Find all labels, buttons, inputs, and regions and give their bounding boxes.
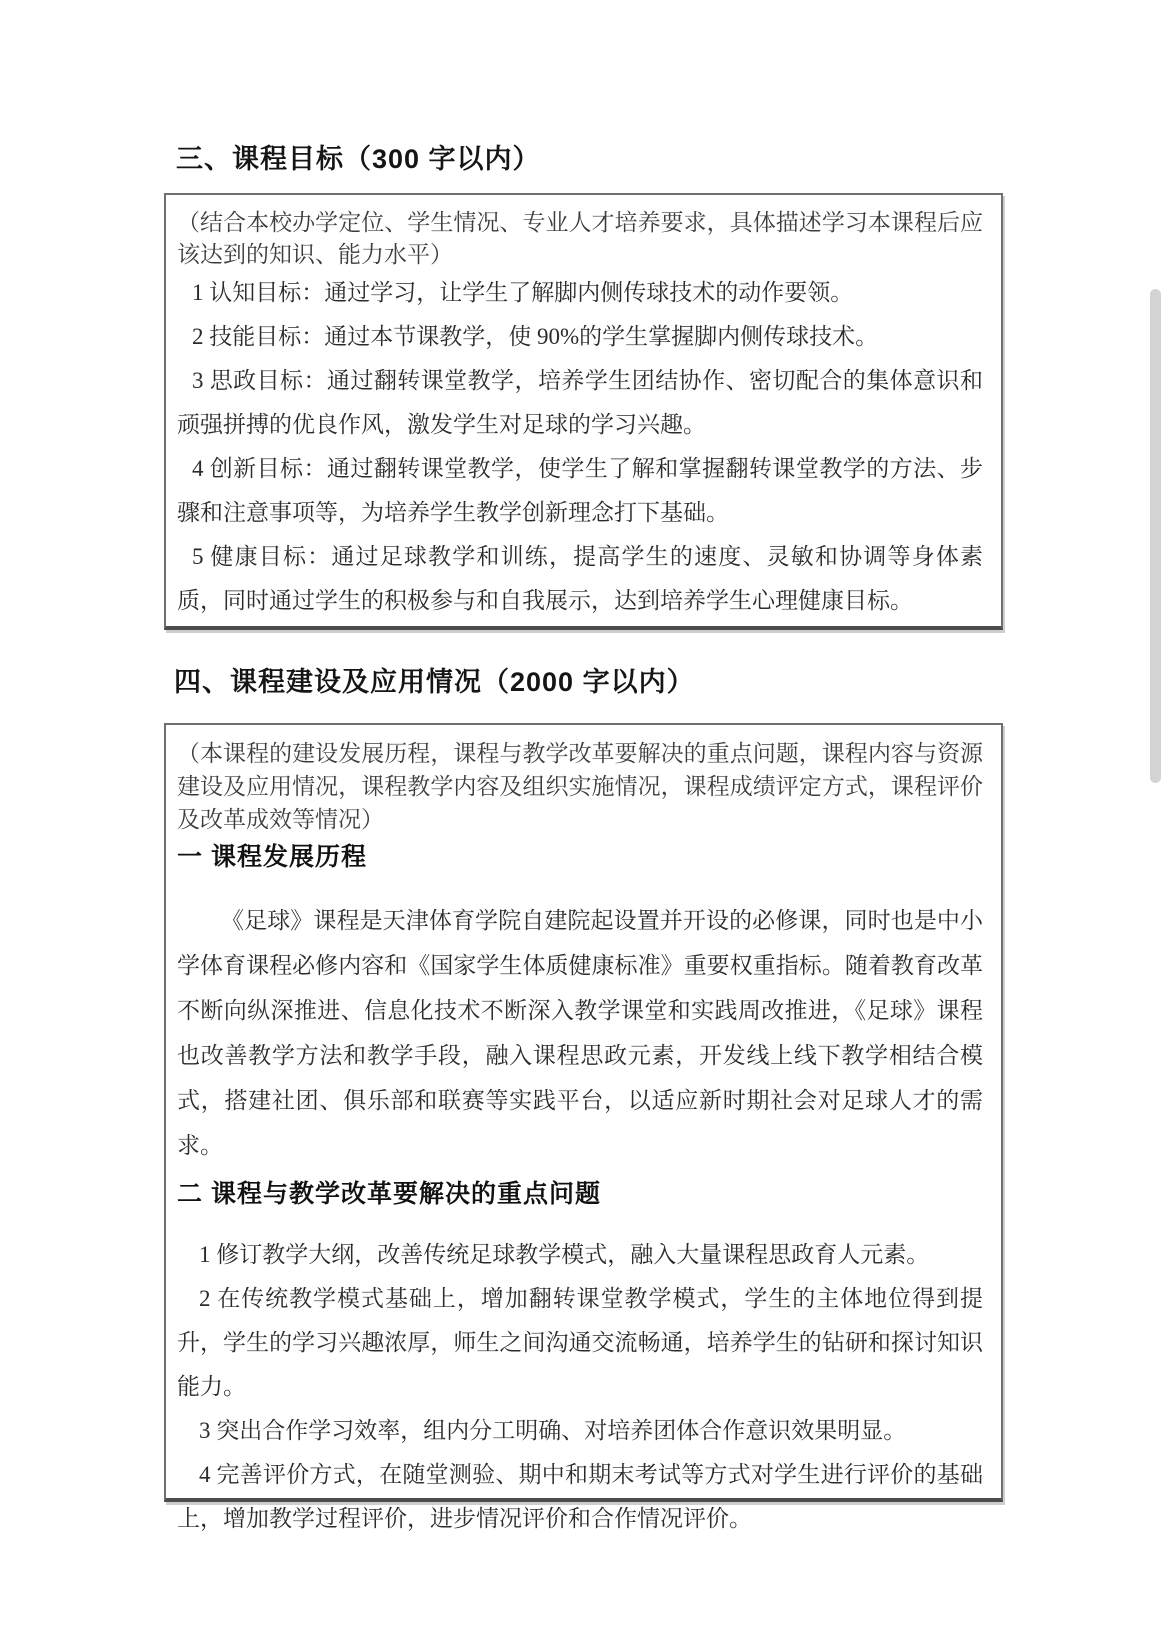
reform-item-flipped-classroom: 2 在传统教学模式基础上，增加翻转课堂教学模式，学生的主体地位得到提升，学生的学…	[177, 1277, 983, 1409]
construction-instructions-note: （本课程的建设发展历程，课程与教学改革要解决的重点问题，课程内容与资源建设及应用…	[177, 737, 983, 836]
document-page: { "colors": { "page_background": "#fffff…	[0, 0, 1163, 1631]
course-construction-box: （本课程的建设发展历程，课程与教学改革要解决的重点问题，课程内容与资源建设及应用…	[164, 723, 1003, 1502]
objectives-instructions-note: （结合本校办学定位、学生情况、专业人才培养要求，具体描述学习本课程后应该达到的知…	[177, 207, 983, 271]
reform-item-evaluation: 4 完善评价方式，在随堂测验、期中和期末考试等方式对学生进行评价的基础上，增加教…	[177, 1453, 983, 1541]
scrollbar-thumb[interactable]	[1150, 289, 1161, 783]
course-objectives-heading: 三、课程目标（300 字以内）	[176, 142, 541, 176]
reform-item-syllabus: 1 修订教学大纲，改善传统足球教学模式，融入大量课程思政育人元素。	[177, 1233, 983, 1277]
reform-problems-list: 1 修订教学大纲，改善传统足球教学模式，融入大量课程思政育人元素。 2 在传统教…	[177, 1233, 983, 1541]
objective-item-skill: 2 技能目标：通过本节课教学，使 90%的学生掌握脚内侧传球技术。	[177, 315, 983, 359]
course-construction-heading: 四、课程建设及应用情况（2000 字以内）	[174, 665, 695, 699]
reform-problems-subheading: 二 课程与教学改革要解决的重点问题	[177, 1180, 983, 1208]
objective-item-innovation: 4 创新目标：通过翻转课堂教学，使学生了解和掌握翻转课堂教学的方法、步骤和注意事…	[177, 447, 983, 535]
objective-item-ideological: 3 思政目标：通过翻转课堂教学，培养学生团结协作、密切配合的集体意识和顽强拼搏的…	[177, 359, 983, 447]
reform-item-cooperation: 3 突出合作学习效率，组内分工明确、对培养团体合作意识效果明显。	[177, 1409, 983, 1453]
objective-item-health: 5 健康目标：通过足球教学和训练，提高学生的速度、灵敏和协调等身体素质，同时通过…	[177, 535, 983, 623]
course-objectives-box: （结合本校办学定位、学生情况、专业人才培养要求，具体描述学习本课程后应该达到的知…	[164, 193, 1003, 630]
objective-item-cognitive: 1 认知目标：通过学习，让学生了解脚内侧传球技术的动作要领。	[177, 271, 983, 315]
objectives-list: 1 认知目标：通过学习，让学生了解脚内侧传球技术的动作要领。 2 技能目标：通过…	[177, 271, 983, 623]
course-history-subheading: 一 课程发展历程	[177, 843, 983, 871]
course-history-paragraph: 《足球》课程是天津体育学院自建院起设置并开设的必修课，同时也是中小学体育课程必修…	[177, 898, 983, 1168]
